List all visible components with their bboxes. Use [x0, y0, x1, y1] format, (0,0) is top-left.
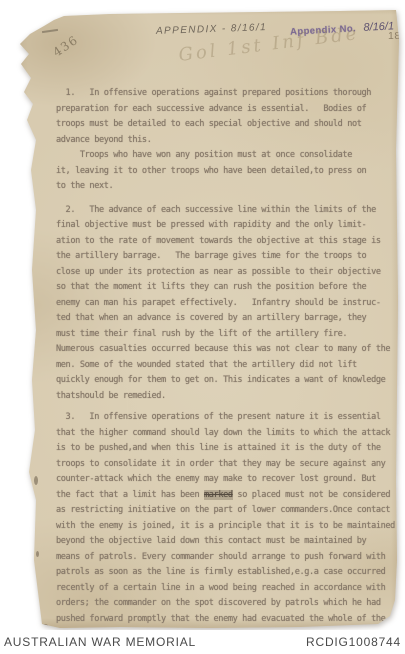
typed-line: counter-attack which the enemy may make …	[56, 472, 401, 488]
typed-line: must time their final rush by the lift o…	[56, 327, 401, 343]
typed-line: enemy can man his parapet effectively. I…	[56, 296, 401, 312]
typed-line: it, leaving it to other troops who have …	[56, 164, 401, 180]
typed-line: orders; the commander on the spot discov…	[56, 596, 401, 612]
typed-line: 1. In offensive operations against prepa…	[56, 86, 401, 102]
typed-line: quickly enough for them to get on. This …	[56, 373, 401, 389]
paper-wear-speck	[42, 624, 48, 628]
paper-wear-speck	[34, 476, 38, 485]
pencil-dash-mark	[42, 29, 58, 33]
paragraph-1: 1. In offensive operations against prepa…	[56, 86, 401, 195]
paper-wear-speck	[36, 551, 39, 557]
struck-word: marked	[204, 490, 233, 500]
typed-line: advance beyond this.	[56, 133, 401, 149]
typed-line: troops must be detailed to each special …	[56, 117, 401, 133]
typed-line: ted that when an advance is covered by a…	[56, 311, 401, 327]
typed-line: close up under its protection as near as…	[56, 265, 401, 281]
viewer-footer: AUSTRALIAN WAR MEMORIAL RCDIG1008744	[0, 630, 405, 654]
page-number: 18	[388, 30, 401, 42]
typed-line: the fact that a limit has been marked so…	[56, 488, 401, 504]
typed-line: pushed forward promptly that the enemy h…	[56, 612, 401, 628]
typed-line: Numerous casualties occurred because thi…	[56, 342, 401, 358]
typed-line: the artillery barrage. The barrage gives…	[56, 249, 401, 265]
typed-line: 3. In offensive operations of the presen…	[56, 410, 401, 426]
typed-line: to the next.	[56, 179, 401, 195]
typed-line: 2. The advance of each successive line w…	[56, 203, 401, 219]
typed-line: thatshould be remedied.	[56, 389, 401, 405]
typed-line: ation to the rate of movement towards th…	[56, 234, 401, 250]
typed-line: troops to consolidate it in order that t…	[56, 457, 401, 473]
typed-line: that the higher command should lay down …	[56, 426, 401, 442]
archive-name: AUSTRALIAN WAR MEMORIAL	[4, 635, 196, 649]
document-page: 436 APPENDIX - 8/16/1 Appendix No. 8/16/…	[12, 6, 402, 630]
typed-line: recently of a certain line in a wood bei…	[56, 581, 401, 597]
typed-line: patrols as soon as the line is firmly es…	[56, 565, 401, 581]
paragraph-2: 2. The advance of each successive line w…	[56, 203, 401, 405]
pencil-appendix-annotation: APPENDIX - 8/16/1	[156, 22, 267, 37]
typed-line: with the enemy is joined, it is a princi…	[56, 519, 401, 535]
typed-line: men. Some of the wounded stated that the…	[56, 358, 401, 374]
scan-viewport: 436 APPENDIX - 8/16/1 Appendix No. 8/16/…	[0, 0, 405, 654]
typed-line: as restricting initiative on the part of…	[56, 503, 401, 519]
typed-line: means of patrols. Every commander should…	[56, 550, 401, 566]
typed-line: Troops who have won any position must at…	[56, 148, 401, 164]
folio-number: 436	[50, 33, 81, 60]
typed-line: beyond the objective laid down this cont…	[56, 534, 401, 550]
typed-line: preparation for each successive advance …	[56, 102, 401, 118]
typed-line: final objective must be pressed with rap…	[56, 218, 401, 234]
paragraph-3: 3. In offensive operations of the presen…	[56, 410, 401, 627]
typed-body: 1. In offensive operations against prepa…	[56, 86, 401, 627]
typed-line: is to be pushed,and when this line is at…	[56, 441, 401, 457]
typed-line: so that the moment it lifts they can rus…	[56, 280, 401, 296]
record-id: RCDIG1008744	[306, 635, 401, 649]
